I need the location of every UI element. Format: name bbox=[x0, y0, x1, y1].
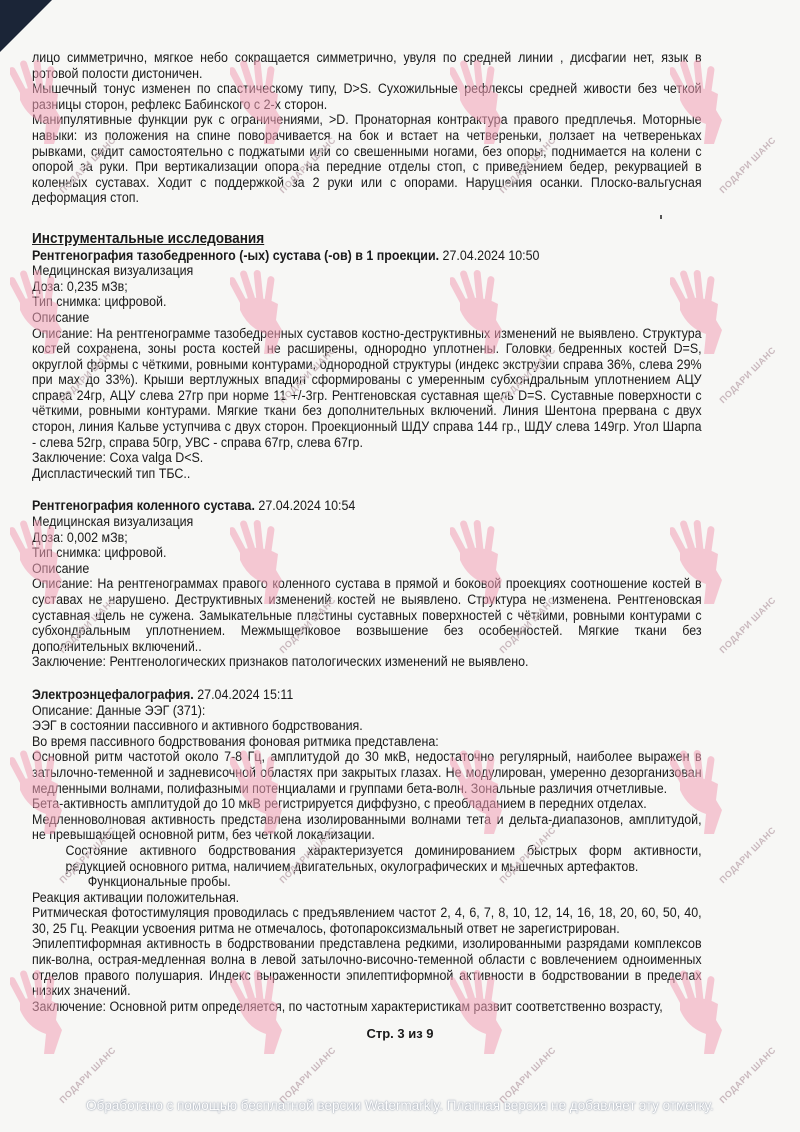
neuro-paragraph-3: Манипулятивные функции рук с ограничения… bbox=[32, 112, 702, 206]
eeg-name: Электроэнцефалография. bbox=[32, 687, 194, 702]
eeg-slow-wave: Медленноволновая активность представлена… bbox=[32, 812, 702, 843]
hip-conclusion-2: Диспластический тип ТБС.. bbox=[32, 466, 702, 482]
eeg-conclusion: Заключение: Основной ритм определяется, … bbox=[32, 999, 702, 1015]
hip-desc-label: Описание bbox=[32, 310, 702, 326]
watermark-brand-text: ПОДАРИ ШАНС bbox=[717, 135, 777, 195]
eeg-line: Во время пассивного бодрствования фонова… bbox=[32, 734, 702, 750]
eeg-title: Электроэнцефалография. 27.04.2024 15:11 bbox=[32, 687, 702, 703]
hip-conclusion: Заключение: Coxa valga D<S. bbox=[32, 450, 702, 466]
knee-xray-datetime: 27.04.2024 10:54 bbox=[258, 498, 355, 513]
eeg-photostim: Ритмическая фотостимуляция проводилась с… bbox=[32, 905, 702, 936]
hip-xray-name: Рентгенография тазобедренного (-ых) суст… bbox=[32, 248, 439, 263]
watermark-brand-text: ПОДАРИ ШАНС bbox=[717, 825, 777, 885]
watermark-brand-text: ПОДАРИ ШАНС bbox=[57, 1045, 117, 1105]
knee-dose: Доза: 0,002 мЗв; bbox=[32, 530, 702, 546]
hip-xray-title: Рентгенография тазобедренного (-ых) суст… bbox=[32, 248, 702, 264]
knee-desc-label: Описание bbox=[32, 561, 702, 577]
watermark-brand-text: ПОДАРИ ШАНС bbox=[717, 1045, 777, 1105]
knee-category: Медицинская визуализация bbox=[32, 514, 702, 530]
section-title: Инструментальные исследования bbox=[32, 232, 702, 248]
watermark-brand-text: ПОДАРИ ШАНС bbox=[497, 1045, 557, 1105]
eeg-line: ЭЭГ в состоянии пассивного и активного б… bbox=[32, 718, 702, 734]
hip-xray-datetime: 27.04.2024 10:50 bbox=[443, 248, 540, 263]
scan-corner-shadow bbox=[0, 0, 52, 52]
scan-speck bbox=[660, 215, 662, 219]
eeg-beta: Бета-активность амплитудой до 10 мкВ рег… bbox=[32, 796, 702, 812]
eeg-epileptiform: Эпилептиформная активность в бодрствован… bbox=[32, 936, 702, 998]
eeg-main-rhythm: Основной ритм частотой около 7-8 Гц, амп… bbox=[32, 749, 702, 796]
eeg-datetime: 27.04.2024 15:11 bbox=[197, 687, 293, 702]
watermark-brand-text: ПОДАРИ ШАНС bbox=[717, 345, 777, 405]
eeg-activation: Реакция активации положительная. bbox=[32, 890, 702, 906]
hip-category: Медицинская визуализация bbox=[32, 263, 702, 279]
eeg-line: Описание: Данные ЭЭГ (371): bbox=[32, 703, 702, 719]
hip-dose: Доза: 0,235 мЗв; bbox=[32, 279, 702, 295]
eeg-functional-tests: Функциональные пробы. bbox=[32, 874, 702, 890]
eeg-active-state: Состояние активного бодрствования характ… bbox=[32, 843, 702, 874]
knee-image-type: Тип снимка: цифровой. bbox=[32, 545, 702, 561]
hip-description: Описание: На рентгенограмме тазобедренны… bbox=[32, 326, 702, 451]
hip-image-type: Тип снимка: цифровой. bbox=[32, 294, 702, 310]
neuro-paragraph-1: лицо симметрично, мягкое небо сокращаетс… bbox=[32, 50, 702, 81]
page-number: Стр. 3 из 9 bbox=[0, 1026, 800, 1041]
document-page: лицо симметрично, мягкое небо сокращаетс… bbox=[32, 50, 702, 1014]
watermark-brand-text: ПОДАРИ ШАНС bbox=[277, 1045, 337, 1105]
watermarkly-notice: Обработано с помощью бесплатной версии W… bbox=[0, 1098, 800, 1113]
knee-conclusion: Заключение: Рентгенологических признаков… bbox=[32, 654, 702, 670]
neuro-paragraph-2: Мышечный тонус изменен по спастическому … bbox=[32, 81, 702, 112]
knee-xray-title: Рентгенография коленного сустава. 27.04.… bbox=[32, 498, 702, 514]
watermark-brand-text: ПОДАРИ ШАНС bbox=[717, 595, 777, 655]
knee-description: Описание: На рентгенограммах правого кол… bbox=[32, 576, 702, 654]
knee-xray-name: Рентгенография коленного сустава. bbox=[32, 498, 255, 513]
